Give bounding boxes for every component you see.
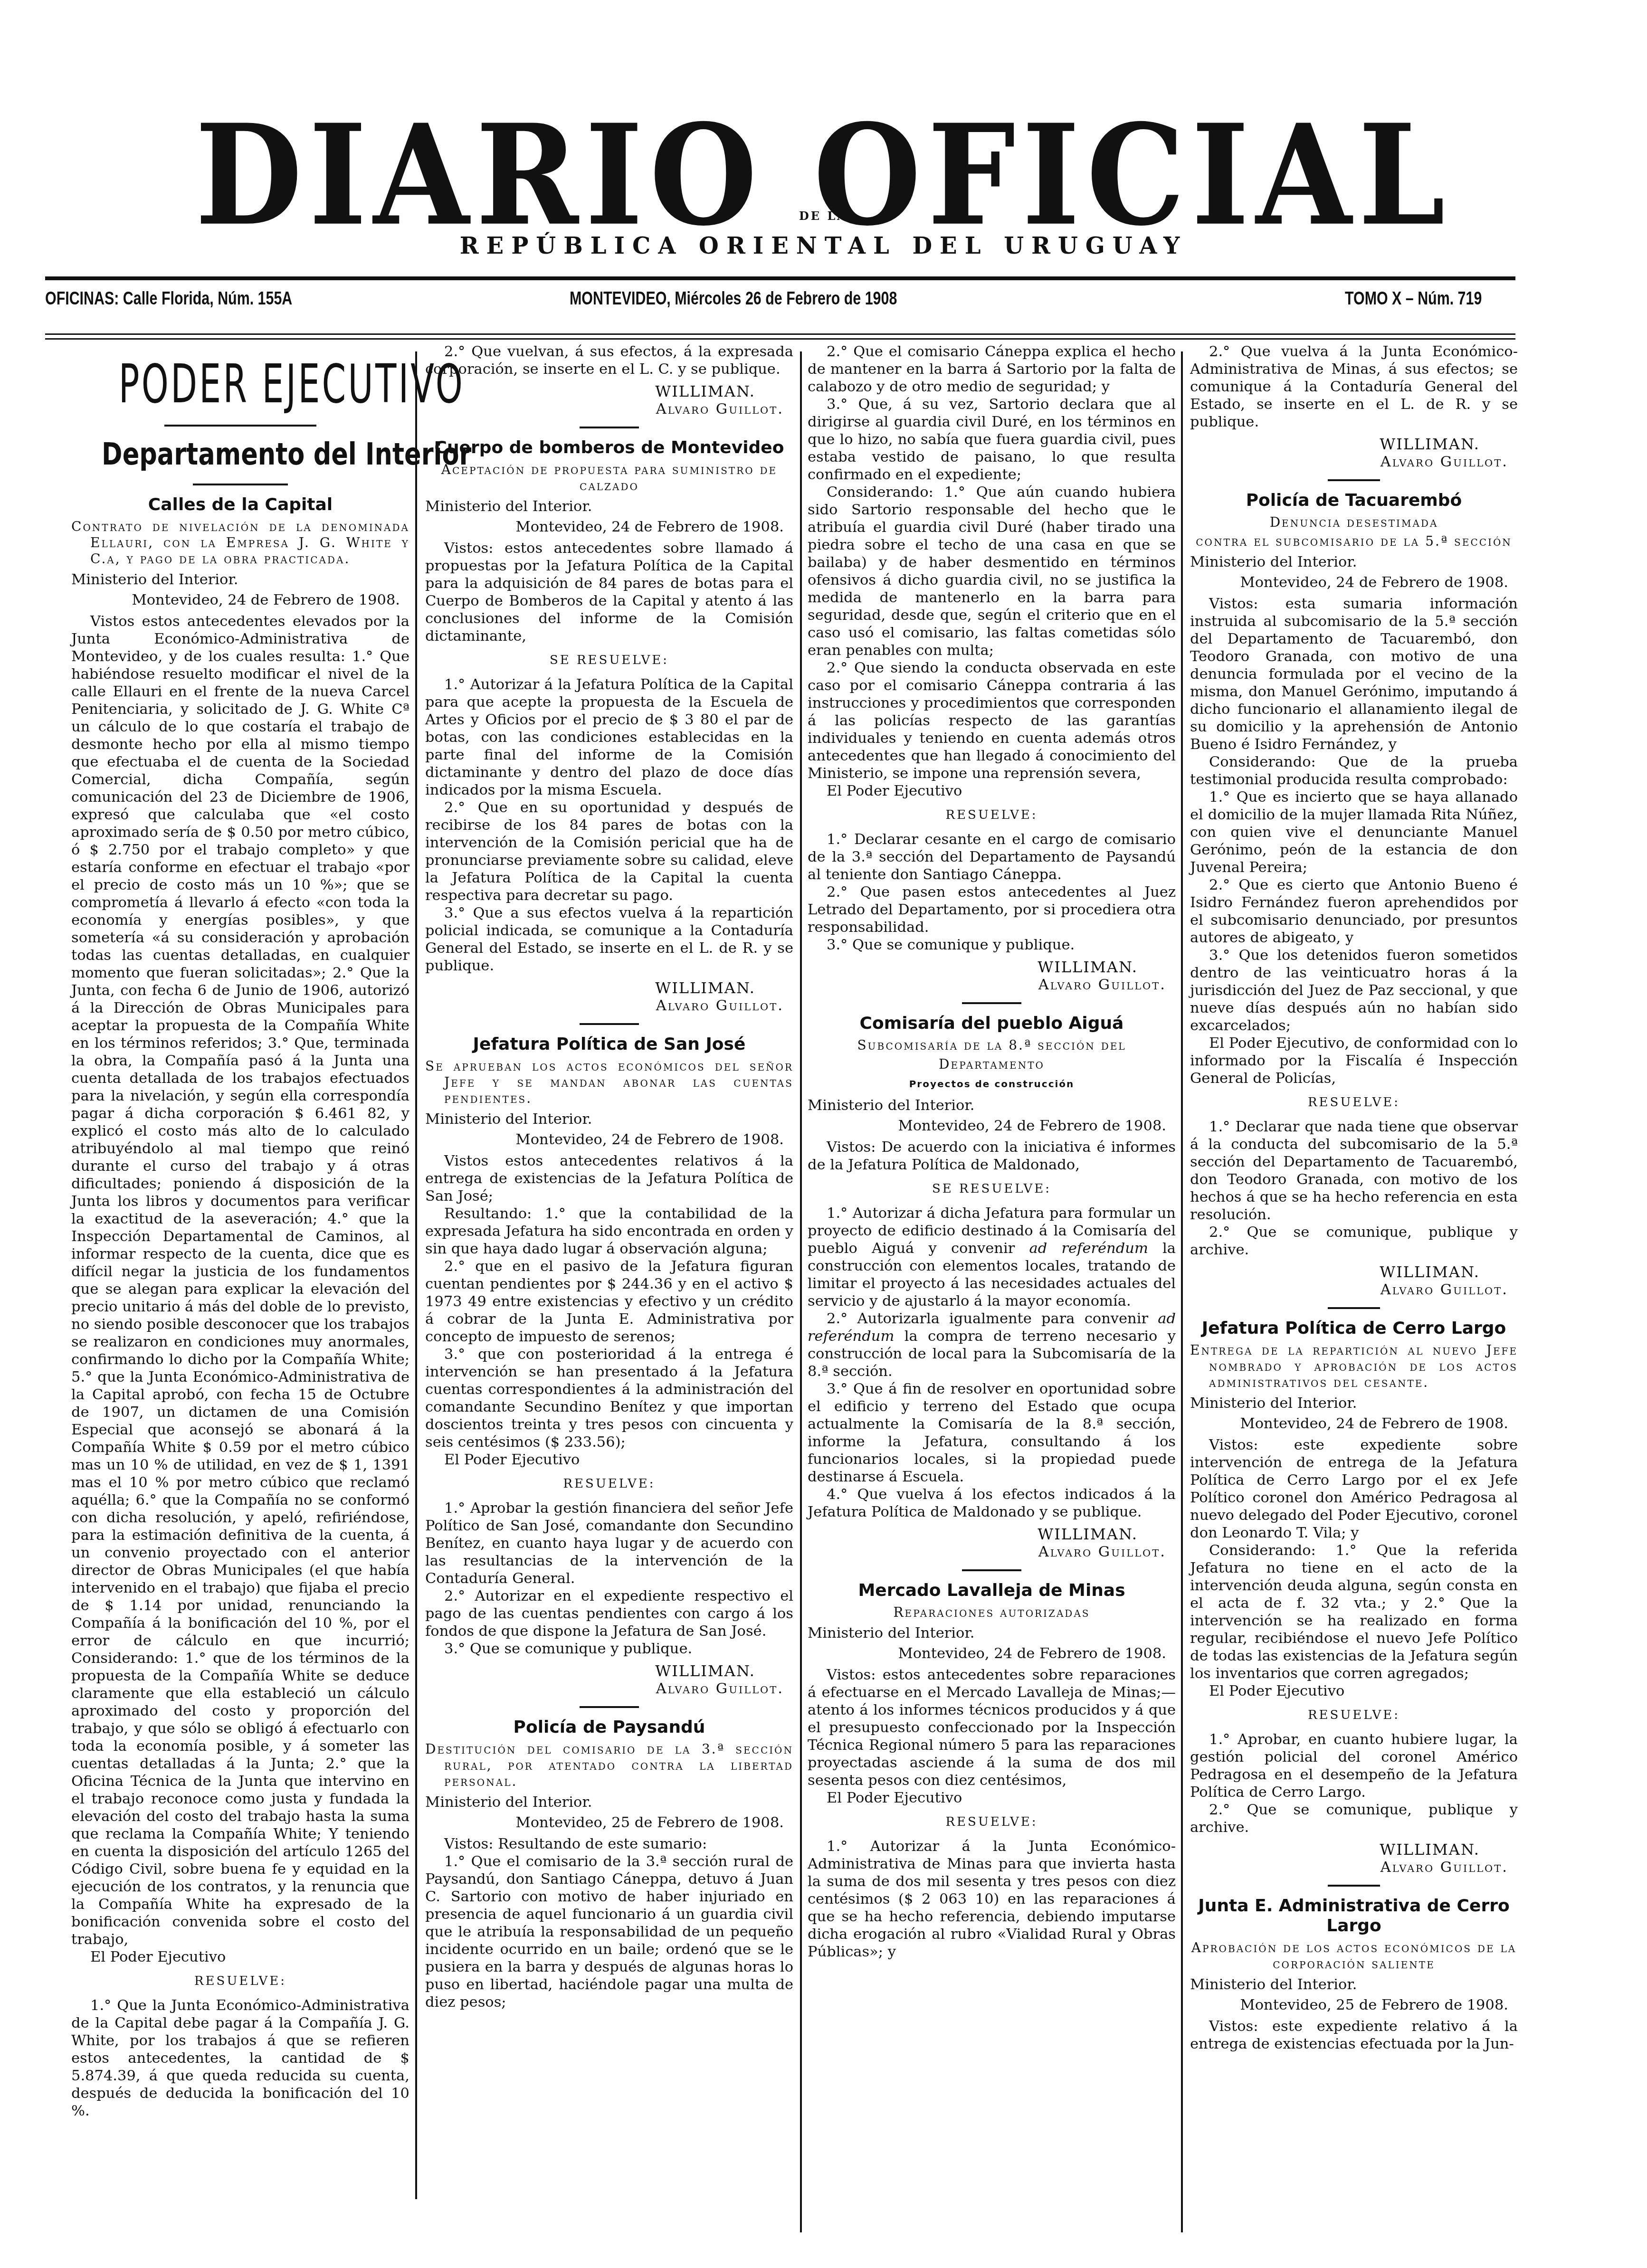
signature-president: WILLIMAN. <box>1190 436 1518 453</box>
article-body: Vistos: este expediente relativo á la en… <box>1190 2018 1518 2053</box>
article-body: Vistos: esta sumaria información instrui… <box>1190 595 1518 753</box>
poder-ejecutivo: El Poder Ejecutivo <box>808 1789 1176 1807</box>
resolution: 2.° Que en su oportunidad y después de r… <box>425 799 793 904</box>
signature-minister: Alvaro Guillot. <box>1190 453 1518 471</box>
article-body: Resultando: 1.° que la contabilidad de l… <box>425 1205 793 1258</box>
article-date: Montevideo, 24 de Febrero de 1908. <box>1190 574 1518 591</box>
resuelve-label: RESUELVE: <box>1190 1094 1518 1111</box>
column-2: 2.° Que vuelvan, á sus efectos, á la exp… <box>425 343 793 2249</box>
divider <box>580 427 639 428</box>
ministry-line: Ministerio del Interior. <box>71 571 409 588</box>
article-body: 2.° Que siendo la conducta observada en … <box>808 659 1176 782</box>
article-summary-line: Departamento <box>808 1056 1176 1072</box>
ministry-line: Ministerio del Interior. <box>425 498 793 515</box>
masthead-de-la: DE LA <box>0 209 1647 223</box>
newspaper-title: DIARIO OFICIAL <box>0 106 1647 245</box>
resolution: 3.° Que se comunique y publique. <box>808 936 1176 954</box>
article-body: 2.° Que el comisario Cáneppa explica el … <box>808 343 1176 396</box>
column-1: PODER EJECUTIVO Departamento del Interio… <box>71 343 409 2249</box>
divider <box>164 425 316 427</box>
divider <box>962 1002 1021 1004</box>
signature-president: WILLIMAN. <box>425 1662 793 1680</box>
resolution: 2.° Que se comunique, publique y archive… <box>1190 1801 1518 1836</box>
article-date: Montevideo, 25 de Febrero de 1908. <box>1190 1996 1518 2014</box>
poder-ejecutivo: El Poder Ejecutivo <box>808 782 1176 800</box>
masthead-rule-bottom <box>45 333 1515 335</box>
divider <box>1328 479 1380 481</box>
signature-minister: Alvaro Guillot. <box>425 400 793 418</box>
resuelve-label: RESUELVE: <box>808 807 1176 824</box>
article-heading: Comisaría del pueblo Aiguá <box>808 1014 1176 1034</box>
section-title: PODER EJECUTIVO <box>119 352 362 416</box>
department-title: Departamento del Interior <box>102 435 379 474</box>
ministry-line: Ministerio del Interior. <box>425 1794 793 1811</box>
ministry-line: Ministerio del Interior. <box>808 1624 1176 1642</box>
article-body: 1.° Que es incierto que se haya allanado… <box>1190 788 1518 876</box>
signature-minister: Alvaro Guillot. <box>1190 1859 1518 1876</box>
resolution: 2.° Autorizar en el expediente respectiv… <box>425 1587 793 1640</box>
poder-ejecutivo: El Poder Ejecutivo <box>71 1948 409 1966</box>
ministry-line: Ministerio del Interior. <box>1190 553 1518 571</box>
resuelve-label: RESUELVE: <box>425 1475 793 1493</box>
resolution: 1.° Declarar que nada tiene que observar… <box>1190 1118 1518 1224</box>
article-summary: Contrato de nivelación de la denominada … <box>71 519 409 567</box>
signature-president: WILLIMAN. <box>425 383 793 400</box>
masthead-rule-bottom-2 <box>45 338 1515 340</box>
resolution: 2.° Que vuelvan, á sus efectos, á la exp… <box>425 343 793 378</box>
divider <box>1328 1307 1380 1309</box>
masthead-rule-top <box>45 276 1515 280</box>
divider <box>580 1706 639 1708</box>
resolution: 3.° Que á fin de resolver en oportunidad… <box>808 1380 1176 1486</box>
article-date: Montevideo, 24 de Febrero de 1908. <box>808 1645 1176 1662</box>
article-cerro-largo-junta: Junta E. Administrativa de Cerro Largo A… <box>1190 1896 1518 2053</box>
article-body: Considerando: 1.° Que la referida Jefatu… <box>1190 1542 1518 1682</box>
column-3: 2.° Que el comisario Cáneppa explica el … <box>808 343 1176 2249</box>
resolution: 2.° Que pasen estos antecedentes al Juez… <box>808 883 1176 936</box>
article-summary: Aprobación de los actos económicos de la… <box>1190 1940 1518 1972</box>
article-body: 3.° Que, á su vez, Sartorio declara que … <box>808 396 1176 484</box>
article-body: Vistos: Resultando de este sumario: <box>425 1835 793 1853</box>
article-summary: Destitución del comisario de la 3.ª secc… <box>425 1741 793 1790</box>
resolution: 3.° Que se comunique y publique. <box>425 1640 793 1658</box>
article-body: El Poder Ejecutivo, de conformidad con l… <box>1190 1034 1518 1087</box>
article-body: Vistos estos antecedentes elevados por l… <box>71 613 409 1948</box>
article-summary: Aceptación de propuesta para suministro … <box>425 462 793 494</box>
resolution: 2.° Que vuelva á la Junta Económico-Admi… <box>1190 343 1518 431</box>
article-heading: Junta E. Administrativa de Cerro Largo <box>1190 1896 1518 1936</box>
offices-address: OFICINAS: Calle Florida, Núm. 155A <box>45 289 292 309</box>
article-date: Montevideo, 24 de Febrero de 1908. <box>425 518 793 536</box>
issue-date: MONTEVIDEO, Miércoles 26 de Febrero de 1… <box>570 289 897 309</box>
se-resuelve-label: SE RESUELVE: <box>808 1180 1176 1198</box>
article-date: Montevideo, 24 de Febrero de 1908. <box>71 591 409 609</box>
article-date: Montevideo, 24 de Febrero de 1908. <box>425 1131 793 1148</box>
signature-minister: Alvaro Guillot. <box>1190 1281 1518 1299</box>
article-body: Vistos: estos antecedentes sobre llamado… <box>425 540 793 645</box>
signature-president: WILLIMAN. <box>1190 1841 1518 1859</box>
ministry-line: Ministerio del Interior. <box>1190 1395 1518 1412</box>
signature-minister: Alvaro Guillot. <box>808 976 1176 994</box>
resolution: 1.° Autorizar á dicha Jefatura para form… <box>808 1205 1176 1310</box>
signature-minister: Alvaro Guillot. <box>425 1680 793 1698</box>
resolution: 1.° Autorizar á la Jefatura Política de … <box>425 676 793 799</box>
poder-ejecutivo: El Poder Ejecutivo <box>1190 1682 1518 1700</box>
article-san-jose: Jefatura Política de San José Se aprueba… <box>425 1034 793 1698</box>
resolution: 2.° Que se comunique, publique y archive… <box>1190 1224 1518 1259</box>
masthead-subtitle: REPÚBLICA ORIENTAL DEL URUGUAY <box>0 233 1647 259</box>
signature-president: WILLIMAN. <box>808 1526 1176 1543</box>
divider <box>193 484 288 485</box>
signature-minister: Alvaro Guillot. <box>808 1543 1176 1561</box>
article-summary: Reparaciones autorizadas <box>808 1604 1176 1621</box>
volume-number: TOMO X – Núm. 719 <box>1345 289 1482 309</box>
resolution: 1.° Aprobar la gestión financiera del se… <box>425 1499 793 1587</box>
article-summary-line: contra el subcomisario de la 5.ª sección <box>1190 533 1518 550</box>
article-heading: Calles de la Capital <box>71 495 409 515</box>
info-bar: OFICINAS: Calle Florida, Núm. 155A MONTE… <box>45 289 1221 313</box>
resolution: 4.° Que vuelva á los efectos indicados á… <box>808 1486 1176 1521</box>
signature-president: WILLIMAN. <box>808 958 1176 976</box>
article-summary: Entrega de la repartición al nuevo Jefe … <box>1190 1342 1518 1391</box>
article-mercado-minas: Mercado Lavalleja de Minas Reparaciones … <box>808 1581 1176 1961</box>
article-summary: Se aprueban los actos económicos del señ… <box>425 1058 793 1107</box>
article-body: 3.° que con posterioridad á la entrega é… <box>425 1346 793 1451</box>
signature-minister: Alvaro Guillot. <box>425 997 793 1015</box>
resuelve-label: RESUELVE: <box>71 1973 409 1990</box>
column-separator-2 <box>800 351 802 2232</box>
masthead: DIARIO OFICIAL DE LA REPÚBLICA ORIENTAL … <box>0 0 1647 332</box>
article-aigua: Comisaría del pueblo Aiguá Subcomisaría … <box>808 1014 1176 1561</box>
article-heading: Mercado Lavalleja de Minas <box>808 1581 1176 1601</box>
article-date: Montevideo, 24 de Febrero de 1908. <box>808 1117 1176 1135</box>
article-body: 2.° que en el pasivo de la Jefatura figu… <box>425 1258 793 1346</box>
article-body: Vistos estos antecedentes relativos á la… <box>425 1152 793 1205</box>
article-tacuarembo: Policía de Tacuarembó Denuncia desestima… <box>1190 491 1518 1299</box>
signature-president: WILLIMAN. <box>1190 1263 1518 1281</box>
article-bomberos: Cuerpo de bomberos de Montevideo Aceptac… <box>425 438 793 1015</box>
article-body: 2.° Que es cierto que Antonio Bueno é Is… <box>1190 876 1518 947</box>
article-body: 1.° Que el comisario de la 3.ª sección r… <box>425 1853 793 2011</box>
article-body: Vistos: De acuerdo con la iniciativa é i… <box>808 1139 1176 1174</box>
resolution: 1.° Que la Junta Económico-Administrativ… <box>71 1997 409 2120</box>
article-summary-line: Subcomisaría de la 8.ª sección del <box>808 1037 1176 1053</box>
column-separator-1 <box>415 351 417 2199</box>
resolution: 3.° Que a sus efectos vuelva á la repart… <box>425 904 793 975</box>
ministry-line: Ministerio del Interior. <box>425 1110 793 1128</box>
column-4: 2.° Que vuelva á la Junta Económico-Admi… <box>1190 343 1518 2249</box>
article-body: Vistos: este expediente sobre intervenci… <box>1190 1436 1518 1542</box>
article-body: Considerando: Que de la prueba testimoni… <box>1190 753 1518 788</box>
column-separator-3 <box>1181 351 1183 2232</box>
resolution: 1.° Autorizar á la Junta Económico-Admin… <box>808 1838 1176 1961</box>
divider <box>1328 1885 1380 1887</box>
resolution: 1.° Declarar cesante en el cargo de comi… <box>808 831 1176 883</box>
article-paysandu: Policía de Paysandú Destitución del comi… <box>425 1718 793 2011</box>
article-date: Montevideo, 25 de Febrero de 1908. <box>425 1814 793 1831</box>
article-body: Considerando: 1.° Que aún cuando hubiera… <box>808 484 1176 659</box>
poder-ejecutivo: El Poder Ejecutivo <box>425 1451 793 1469</box>
article-subheading: Proyectos de construcción <box>808 1075 1176 1093</box>
se-resuelve-label: SE RESUELVE: <box>425 652 793 669</box>
signature-president: WILLIMAN. <box>425 979 793 997</box>
resolution: 2.° Autorizarla igualmente para convenir… <box>808 1310 1176 1380</box>
divider <box>962 1569 1021 1571</box>
article-heading: Jefatura Política de Cerro Largo <box>1190 1319 1518 1338</box>
article-cerro-largo-jefatura: Jefatura Política de Cerro Largo Entrega… <box>1190 1319 1518 1876</box>
article-heading: Cuerpo de bomberos de Montevideo <box>425 438 793 458</box>
resolution: 1.° Aprobar, en cuanto hubiere lugar, la… <box>1190 1731 1518 1801</box>
divider <box>580 1023 639 1025</box>
resuelve-label: RESUELVE: <box>1190 1707 1518 1724</box>
article-body: 3.° Que los detenidos fueron sometidos d… <box>1190 947 1518 1034</box>
ministry-line: Ministerio del Interior. <box>1190 1976 1518 1993</box>
article-heading: Policía de Tacuarembó <box>1190 491 1518 511</box>
article-heading: Jefatura Política de San José <box>425 1034 793 1054</box>
article-heading: Policía de Paysandú <box>425 1718 793 1737</box>
article-calles-capital: Calles de la Capital Contrato de nivelac… <box>71 495 409 2120</box>
article-body: Vistos: estos antecedentes sobre reparac… <box>808 1666 1176 1789</box>
article-summary-line: Denuncia desestimada <box>1190 514 1518 531</box>
article-date: Montevideo, 24 de Febrero de 1908. <box>1190 1415 1518 1433</box>
ministry-line: Ministerio del Interior. <box>808 1097 1176 1114</box>
resuelve-label: RESUELVE: <box>808 1813 1176 1831</box>
